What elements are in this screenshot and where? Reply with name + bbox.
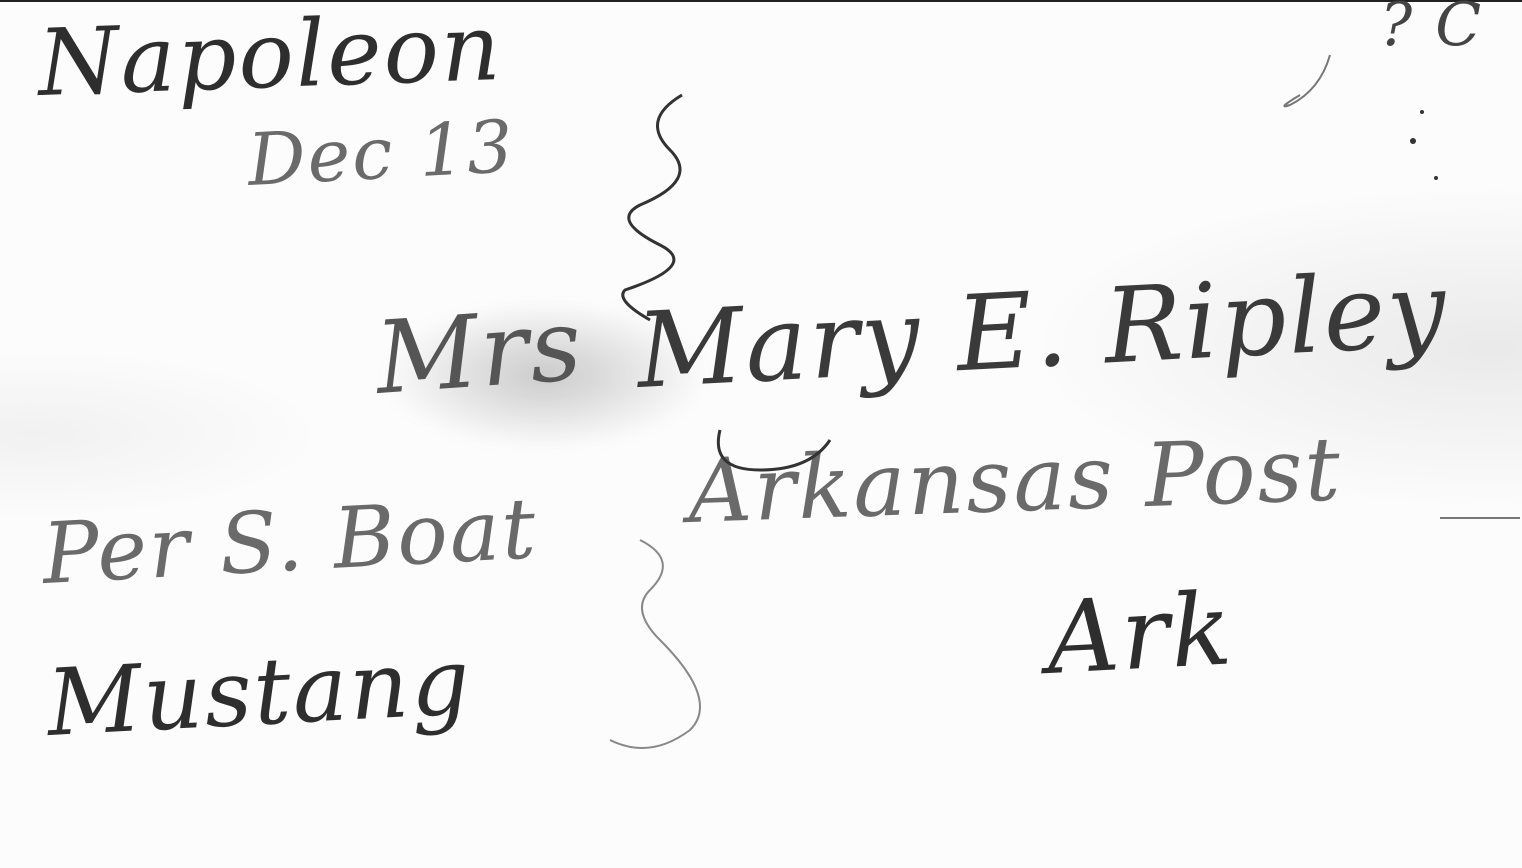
ink-speck bbox=[1434, 176, 1438, 180]
ink-speck bbox=[1420, 110, 1424, 114]
pen-flourishes bbox=[0, 0, 1522, 868]
envelope-scan: Napoleon Dec 13 Mrs Mary E. Ripley Arkan… bbox=[0, 0, 1522, 868]
ink-speck bbox=[1410, 138, 1416, 144]
